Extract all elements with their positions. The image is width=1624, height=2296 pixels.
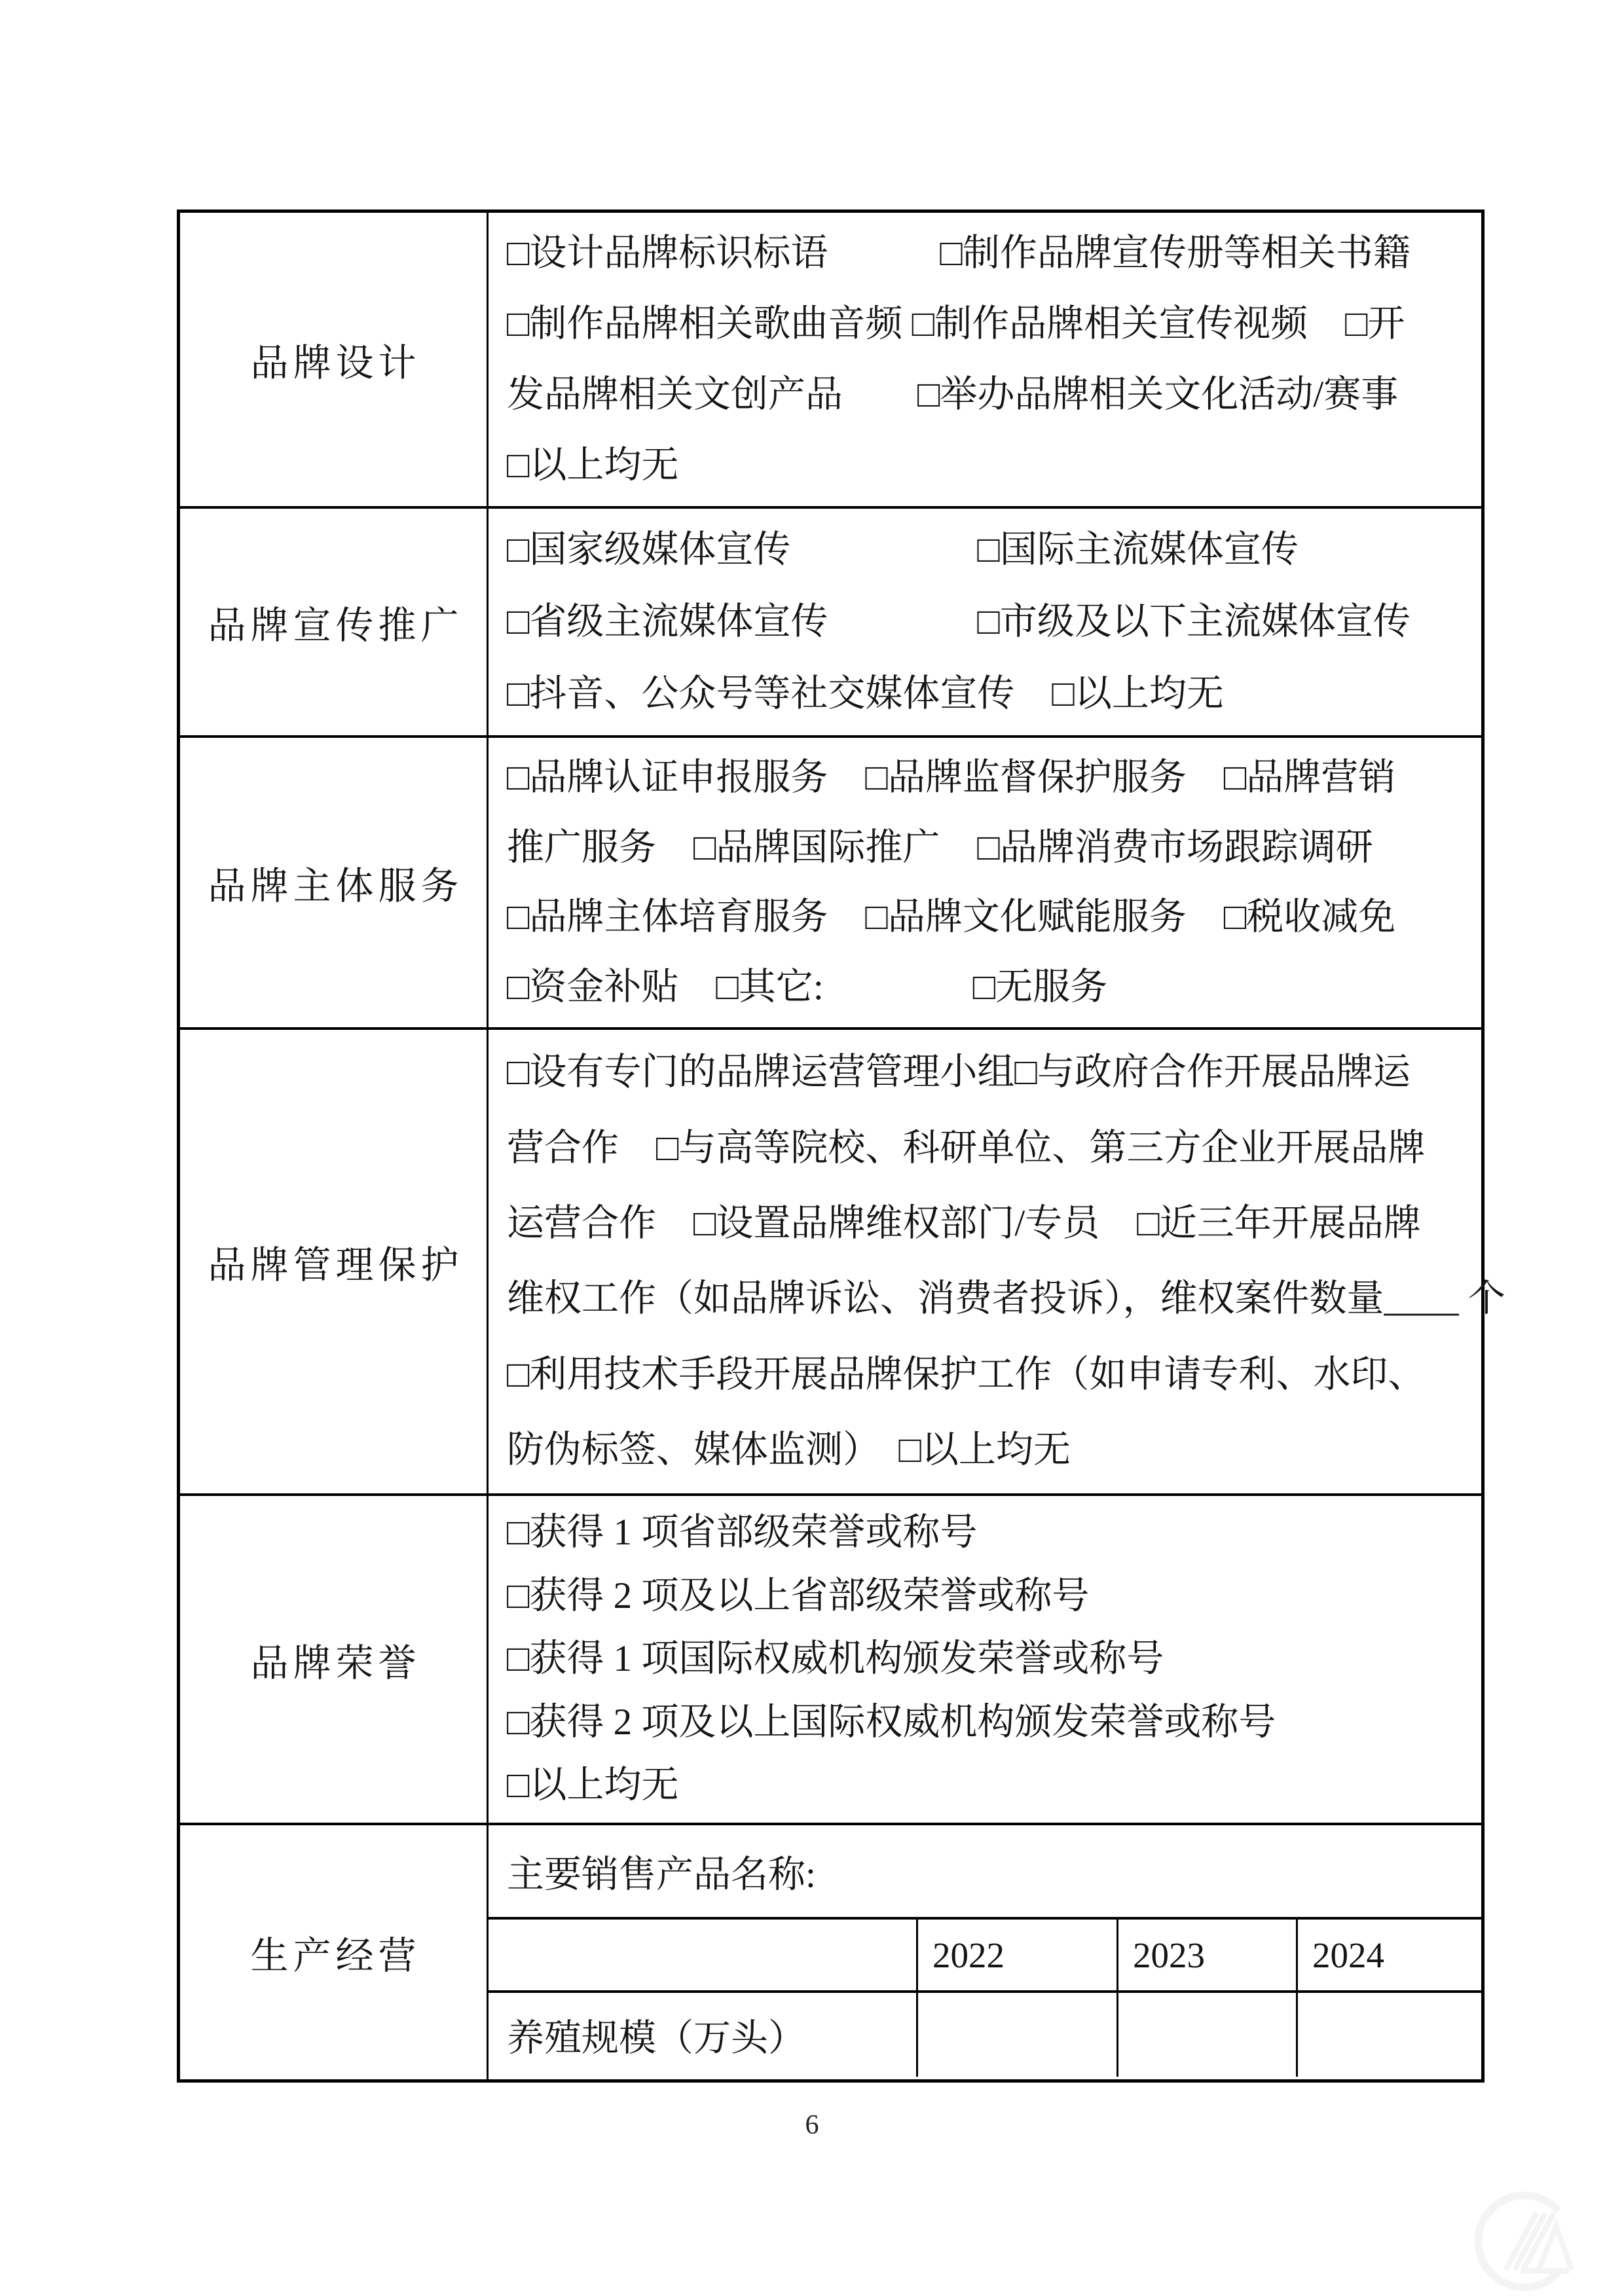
table-row-brand-honors: 品牌荣誉 □获得 1 项省部级荣誉或称号□获得 2 项及以上省部级荣誉或称号□获… [180,1496,1481,1825]
form-line: □省级主流媒体宣传 □市级及以下主流媒体宣传 [507,600,1473,644]
row-label: 品牌设计 [180,213,489,506]
year-header-2024: 2024 [1296,1920,1481,1990]
form-line: 防伪标签、媒体监测） □以上均无 [507,1428,1505,1472]
form-line: □品牌主体培育服务 □品牌文化赋能服务 □税收减免 [507,895,1473,939]
row-content-production: 主要销售产品名称: 2022 2023 2024 养殖规模（万头） [489,1825,1481,2079]
row-content: □国家级媒体宣传 □国际主流媒体宣传□省级主流媒体宣传 □市级及以下主流媒体宣传… [489,509,1481,735]
form-line: □抖音、公众号等社交媒体宣传 □以上均无 [507,672,1473,716]
form-line: □品牌认证申报服务 □品牌监督保护服务 □品牌营销 [507,756,1473,800]
form-line: 发品牌相关文创产品 □举办品牌相关文化活动/赛事 [507,373,1473,417]
row-label: 品牌宣传推广 [180,509,489,735]
row-label: 品牌主体服务 [180,738,489,1027]
form-line: □设计品牌标识标语 □制作品牌宣传册等相关书籍 [507,231,1473,276]
table-row-brand-management: 品牌管理保护 □设有专门的品牌运营管理小组□与政府合作开展品牌运营合作 □与高等… [180,1030,1481,1496]
row-label: 品牌管理保护 [180,1030,489,1493]
form-line: □利用技术手段开展品牌保护工作（如申请专利、水印、 [507,1353,1505,1397]
form-line: □获得 1 项国际权威机构颁发荣誉或称号 [507,1637,1473,1681]
form-line: 推广服务 □品牌国际推广 □品牌消费市场跟踪调研 [507,826,1473,870]
form-line: 营合作 □与高等院校、科研单位、第三方企业开展品牌 [507,1126,1505,1171]
form-line: □国家级媒体宣传 □国际主流媒体宣传 [507,528,1473,572]
form-line: □设有专门的品牌运营管理小组□与政府合作开展品牌运 [507,1050,1505,1095]
year-header-2023: 2023 [1116,1920,1296,1990]
row-content: □设有专门的品牌运营管理小组□与政府合作开展品牌运营合作 □与高等院校、科研单位… [489,1030,1513,1493]
year-header-empty-cell [489,1920,916,1990]
form-line: □制作品牌相关歌曲音频 □制作品牌相关宣传视频 □开 [507,302,1473,346]
form-line: □获得 2 项及以上省部级荣誉或称号 [507,1574,1473,1618]
page-number: 6 [0,2109,1624,2141]
form-line: □获得 2 项及以上国际权威机构颁发荣誉或称号 [507,1700,1473,1745]
row-label: 生产经营 [180,1825,489,2079]
form-line: □资金补贴 □其它: □无服务 [507,965,1473,1010]
form-line: □获得 1 项省部级荣誉或称号 [507,1510,1473,1555]
table-row-brand-promotion: 品牌宣传推广 □国家级媒体宣传 □国际主流媒体宣传□省级主流媒体宣传 □市级及以… [180,509,1481,738]
metric-label: 养殖规模（万头） [489,1993,916,2077]
metric-value-2023 [1116,1993,1296,2077]
metric-value-2024 [1296,1993,1481,2077]
row-content: □设计品牌标识标语 □制作品牌宣传册等相关书籍□制作品牌相关歌曲音频 □制作品牌… [489,213,1481,506]
metric-row: 养殖规模（万头） [489,1990,1481,2077]
products-label: 主要销售产品名称: [489,1825,1481,1917]
table-row-brand-services: 品牌主体服务 □品牌认证申报服务 □品牌监督保护服务 □品牌营销推广服务 □品牌… [180,738,1481,1030]
table-row-brand-design: 品牌设计 □设计品牌标识标语 □制作品牌宣传册等相关书籍□制作品牌相关歌曲音频 … [180,213,1481,509]
year-header-row: 2022 2023 2024 [489,1917,1481,1990]
form-line: □以上均无 [507,1763,1473,1808]
form-line: □以上均无 [507,443,1473,488]
row-content: □获得 1 项省部级荣誉或称号□获得 2 项及以上省部级荣誉或称号□获得 1 项… [489,1496,1481,1823]
row-content: □品牌认证申报服务 □品牌监督保护服务 □品牌营销推广服务 □品牌国际推广 □品… [489,738,1481,1027]
metric-value-2022 [916,1993,1116,2077]
form-line: 维权工作（如品牌诉讼、消费者投诉），维权案件数量____ 个 [507,1277,1505,1321]
row-label: 品牌荣誉 [180,1496,489,1823]
document-page: 品牌设计 □设计品牌标识标语 □制作品牌宣传册等相关书籍□制作品牌相关歌曲音频 … [0,0,1624,2296]
form-table: 品牌设计 □设计品牌标识标语 □制作品牌宣传册等相关书籍□制作品牌相关歌曲音频 … [177,210,1485,2083]
watermark-logo [1472,2187,1583,2296]
table-row-production: 生产经营 主要销售产品名称: 2022 2023 2024 养殖规模（万头） [180,1825,1481,2079]
form-line: 运营合作 □设置品牌维权部门/专员 □近三年开展品牌 [507,1201,1505,1246]
year-header-2022: 2022 [916,1920,1116,1990]
